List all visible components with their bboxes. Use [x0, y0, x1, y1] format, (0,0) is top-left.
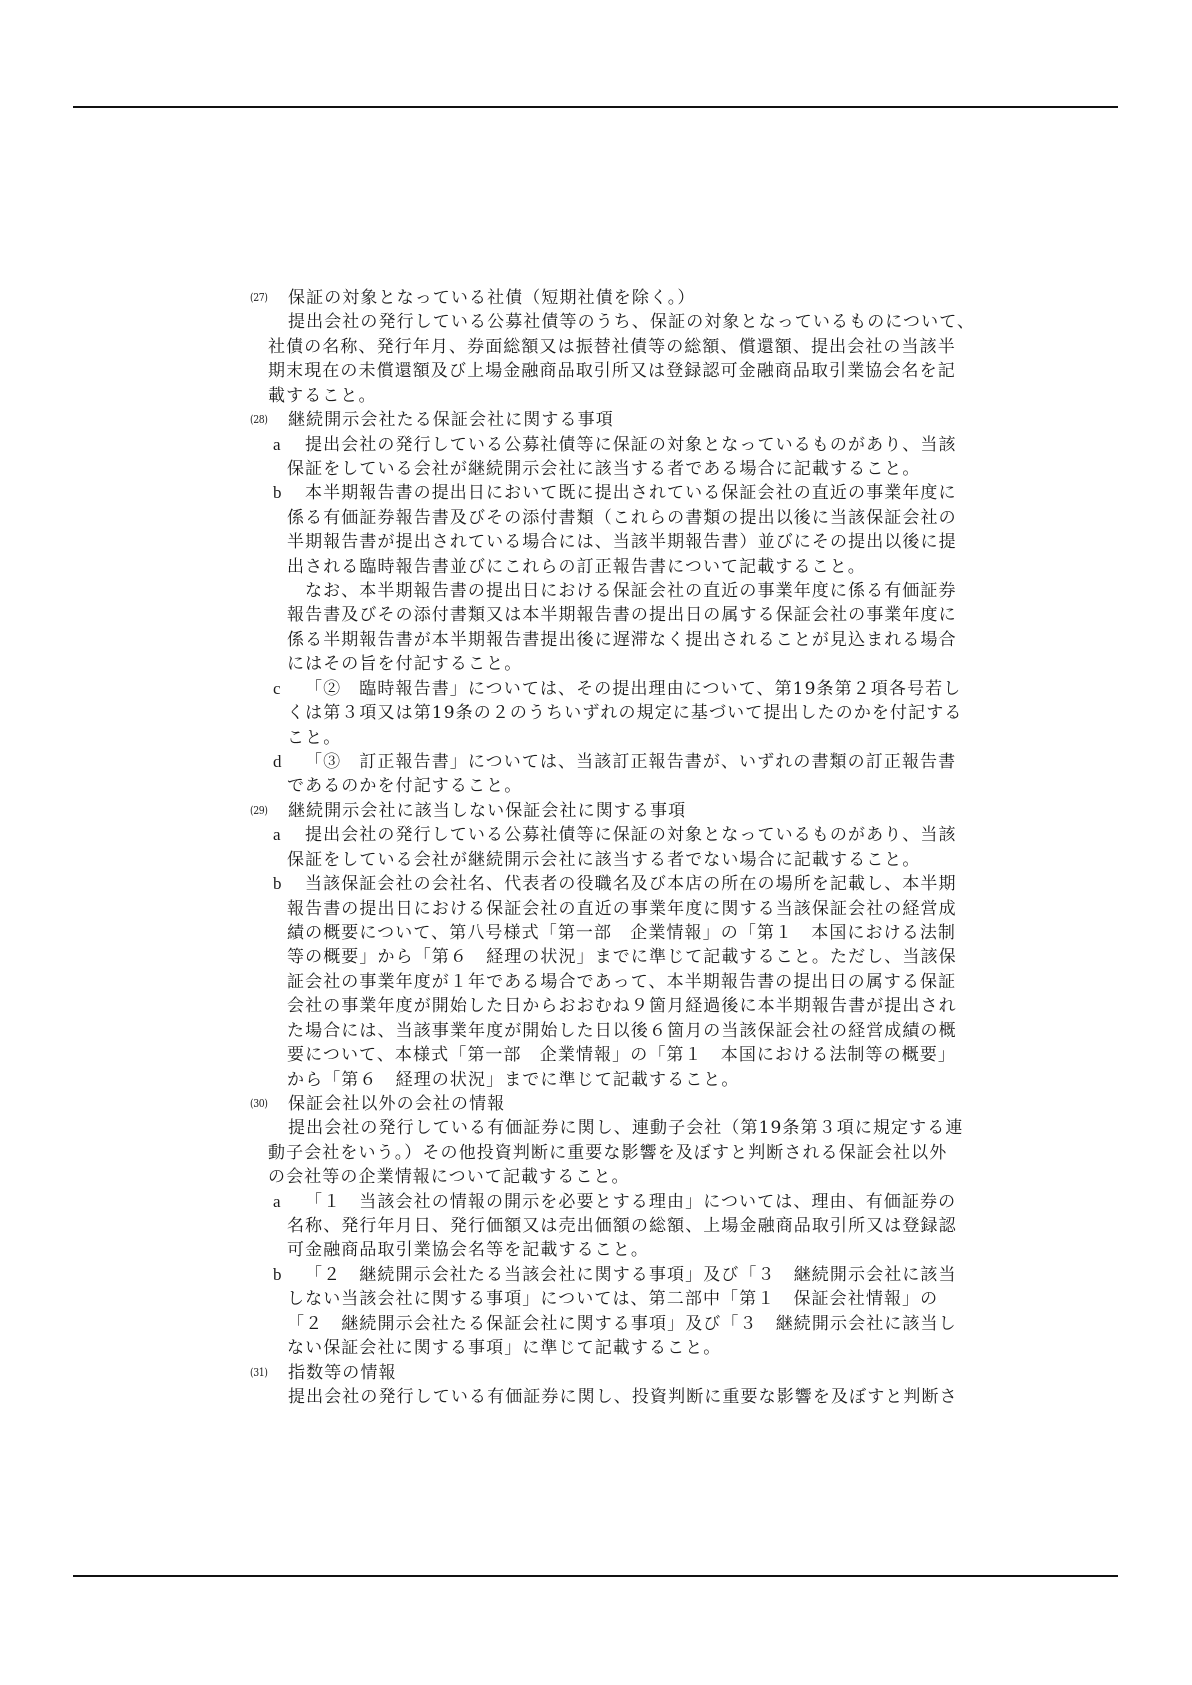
item-label: a	[273, 1190, 282, 1214]
paragraph-line: 提出会社の発行している有価証券に関し、投資判断に重要な影響を及ぼすと判断さ	[250, 1385, 964, 1409]
item-text: 係る有価証券報告書及びその添付書類（これらの書類の提出以後に当該保証会社の	[287, 506, 957, 530]
paragraph-line: 社債の名称、発行年月、券面総額又は振替社債等の総額、償還額、提出会社の当該半	[250, 335, 964, 359]
item-line: しない当該会社に関する事項」については、第二部中「第１ 保証会社情報」の	[250, 1287, 964, 1311]
item-text: 保証をしている会社が継続開示会社に該当する者である場合に記載すること。	[287, 457, 921, 481]
item-line: であるのかを付記すること。	[250, 774, 964, 798]
item-line: 会社の事業年度が開始した日からおおむね９箇月経過後に本半期報告書が提出され	[250, 994, 964, 1018]
section-27: (27) 保証の対象となっている社債（短期社債を除く。） 提出会社の発行している…	[250, 286, 964, 408]
item-text: 「１ 当該会社の情報の開示を必要とする理由」については、理由、有価証券の	[305, 1190, 956, 1214]
item-line: 半期報告書が提出されている場合には、当該半期報告書）並びにその提出以後に提	[250, 530, 964, 554]
item-text: しない当該会社に関する事項」については、第二部中「第１ 保証会社情報」の	[287, 1287, 938, 1311]
paragraph-line: 動子会社をいう。）その他投資判断に重要な影響を及ぼすと判断される保証会社以外	[250, 1141, 964, 1165]
item-line: 係る有価証券報告書及びその添付書類（これらの書類の提出以後に当該保証会社の	[250, 506, 964, 530]
list-item-c: c 「② 臨時報告書」については、その提出理由について、第19条第２項各号若し	[250, 677, 964, 701]
item-text: 「③ 訂正報告書」については、当該訂正報告書が、いずれの書類の訂正報告書	[305, 750, 956, 774]
item-text: こと。	[287, 726, 341, 750]
item-label: b	[273, 1263, 283, 1287]
item-line: 出される臨時報告書並びにこれらの訂正報告書について記載すること。	[250, 555, 964, 579]
item-line: こと。	[250, 726, 964, 750]
list-item-a: a 「１ 当該会社の情報の開示を必要とする理由」については、理由、有価証券の	[250, 1190, 964, 1214]
list-item-b: b 本半期報告書の提出日において既に提出されている保証会社の直近の事業年度に	[250, 481, 964, 505]
item-text: 「２ 継続開示会社たる当該会社に関する事項」及び「３ 継続開示会社に該当	[305, 1263, 957, 1287]
section-28: (28) 継続開示会社たる保証会社に関する事項 a 提出会社の発行している公募社…	[250, 408, 964, 799]
section-title: 保証の対象となっている社債（短期社債を除く。）	[288, 286, 695, 310]
item-line: ない保証会社に関する事項」に準じて記載すること。	[250, 1336, 964, 1360]
item-line: 係る半期報告書が本半期報告書提出後に遅滞なく提出されることが見込まれる場合	[250, 628, 964, 652]
item-text: 半期報告書が提出されている場合には、当該半期報告書）並びにその提出以後に提	[287, 530, 957, 554]
item-text: 可金融商品取引業協会名等を記載すること。	[287, 1238, 649, 1262]
section-30: (30) 保証会社以外の会社の情報 提出会社の発行している有価証券に関し、連動子…	[250, 1092, 964, 1361]
item-line: にはその旨を付記すること。	[250, 652, 964, 676]
section-title: 指数等の情報	[288, 1361, 397, 1385]
item-line: 績の概要について、第八号様式「第一部 企業情報」の「第１ 本国における法制	[250, 921, 964, 945]
section-number: (31)	[250, 1361, 268, 1385]
section-title: 保証会社以外の会社の情報	[288, 1092, 505, 1116]
item-text: 当該保証会社の会社名、代表者の役職名及び本店の所在の場所を記載し、本半期	[305, 872, 957, 896]
item-text: であるのかを付記すること。	[287, 774, 522, 798]
item-text: 「２ 継続開示会社たる保証会社に関する事項」及び「３ 継続開示会社に該当し	[287, 1312, 957, 1336]
item-label: b	[273, 481, 283, 505]
item-text: 提出会社の発行している公募社債等に保証の対象となっているものがあり、当該	[305, 823, 957, 847]
section-number: (27)	[250, 286, 268, 310]
paragraph-line: の会社等の企業情報について記載すること。	[250, 1165, 964, 1189]
section-heading: (31) 指数等の情報	[250, 1361, 964, 1385]
section-number: (29)	[250, 799, 268, 823]
body-text: 提出会社の発行している有価証券に関し、投資判断に重要な影響を及ぼすと判断さ	[288, 1385, 958, 1409]
item-line: 報告書の提出日における保証会社の直近の事業年度に関する当該保証会社の経営成	[250, 897, 964, 921]
body-text: 動子会社をいう。）その他投資判断に重要な影響を及ぼすと判断される保証会社以外	[268, 1141, 947, 1165]
list-item-a: a 提出会社の発行している公募社債等に保証の対象となっているものがあり、当該	[250, 823, 964, 847]
item-text: ない保証会社に関する事項」に準じて記載すること。	[287, 1336, 721, 1360]
item-label: a	[273, 433, 282, 457]
item-label: c	[273, 677, 282, 701]
item-text: 出される臨時報告書並びにこれらの訂正報告書について記載すること。	[287, 555, 866, 579]
item-text: 名称、発行年月日、発行価額又は売出価額の総額、上場金融商品取引所又は登録認	[287, 1214, 957, 1238]
paragraph-line: 提出会社の発行している公募社債等のうち、保証の対象となっているものについて、	[250, 310, 964, 334]
item-line: くは第３項又は第19条の２のうちいずれの規定に基づいて提出したのかを付記する	[250, 701, 964, 725]
section-heading: (28) 継続開示会社たる保証会社に関する事項	[250, 408, 964, 432]
header-rule	[73, 106, 1118, 108]
footer-rule	[73, 1575, 1118, 1577]
item-text: 提出会社の発行している公募社債等に保証の対象となっているものがあり、当該	[305, 433, 957, 457]
section-31: (31) 指数等の情報 提出会社の発行している有価証券に関し、投資判断に重要な影…	[250, 1361, 964, 1410]
item-text: なお、本半期報告書の提出日における保証会社の直近の事業年度に係る有価証券	[305, 579, 957, 603]
item-line: た場合には、当該事業年度が開始した日以後６箇月の当該保証会社の経営成績の概	[250, 1019, 964, 1043]
item-label: b	[273, 872, 283, 896]
item-text: 係る半期報告書が本半期報告書提出後に遅滞なく提出されることが見込まれる場合	[287, 628, 957, 652]
body-text: の会社等の企業情報について記載すること。	[268, 1165, 630, 1189]
section-29: (29) 継続開示会社に該当しない保証会社に関する事項 a 提出会社の発行してい…	[250, 799, 964, 1092]
item-line: 保証をしている会社が継続開示会社に該当する者である場合に記載すること。	[250, 457, 964, 481]
item-text: 本半期報告書の提出日において既に提出されている保証会社の直近の事業年度に	[305, 481, 957, 505]
item-text: 証会社の事業年度が１年である場合であって、本半期報告書の提出日の属する保証	[287, 970, 956, 994]
paragraph-line: 載すること。	[250, 384, 964, 408]
section-number: (30)	[250, 1092, 268, 1116]
section-title: 継続開示会社たる保証会社に関する事項	[288, 408, 614, 432]
list-item-d: d 「③ 訂正報告書」については、当該訂正報告書が、いずれの書類の訂正報告書	[250, 750, 964, 774]
item-line: 名称、発行年月日、発行価額又は売出価額の総額、上場金融商品取引所又は登録認	[250, 1214, 964, 1238]
item-text: た場合には、当該事業年度が開始した日以後６箇月の当該保証会社の経営成績の概	[287, 1019, 957, 1043]
item-text: くは第３項又は第19条の２のうちいずれの規定に基づいて提出したのかを付記する	[287, 701, 962, 725]
item-text: 等の概要」から「第６ 経理の状況」までに準じて記載すること。ただし、当該保	[287, 945, 957, 969]
item-line: 可金融商品取引業協会名等を記載すること。	[250, 1238, 964, 1262]
item-line: 要について、本様式「第一部 企業情報」の「第１ 本国における法制等の概要」	[250, 1043, 964, 1067]
section-title: 継続開示会社に該当しない保証会社に関する事項	[288, 799, 686, 823]
item-text: 報告書及びその添付書類又は本半期報告書の提出日の属する保証会社の事業年度に	[287, 603, 957, 627]
item-text: から「第６ 経理の状況」までに準じて記載すること。	[287, 1068, 740, 1092]
paragraph-line: 期末現在の未償還額及び上場金融商品取引所又は登録認可金融商品取引業協会名を記	[250, 359, 964, 383]
item-line: から「第６ 経理の状況」までに準じて記載すること。	[250, 1068, 964, 1092]
section-number: (28)	[250, 408, 268, 432]
paragraph-line: 提出会社の発行している有価証券に関し、連動子会社（第19条第３項に規定する連	[250, 1116, 964, 1140]
document-body: (27) 保証の対象となっている社債（短期社債を除く。） 提出会社の発行している…	[250, 286, 964, 1409]
body-text: 提出会社の発行している公募社債等のうち、保証の対象となっているものについて、	[288, 310, 975, 334]
list-item-b: b 当該保証会社の会社名、代表者の役職名及び本店の所在の場所を記載し、本半期	[250, 872, 964, 896]
section-heading: (29) 継続開示会社に該当しない保証会社に関する事項	[250, 799, 964, 823]
body-text: 載すること。	[268, 384, 377, 408]
item-text: 要について、本様式「第一部 企業情報」の「第１ 本国における法制等の概要」	[287, 1043, 956, 1067]
item-line: 報告書及びその添付書類又は本半期報告書の提出日の属する保証会社の事業年度に	[250, 603, 964, 627]
item-line: 「２ 継続開示会社たる保証会社に関する事項」及び「３ 継続開示会社に該当し	[250, 1312, 964, 1336]
body-text: 期末現在の未償還額及び上場金融商品取引所又は登録認可金融商品取引業協会名を記	[268, 359, 956, 383]
body-text: 提出会社の発行している有価証券に関し、連動子会社（第19条第３項に規定する連	[288, 1116, 963, 1140]
item-line: 証会社の事業年度が１年である場合であって、本半期報告書の提出日の属する保証	[250, 970, 964, 994]
body-text: 社債の名称、発行年月、券面総額又は振替社債等の総額、償還額、提出会社の当該半	[268, 335, 956, 359]
item-line: 保証をしている会社が継続開示会社に該当する者でない場合に記載すること。	[250, 848, 964, 872]
item-text: 績の概要について、第八号様式「第一部 企業情報」の「第１ 本国における法制	[287, 921, 956, 945]
item-text: 「② 臨時報告書」については、その提出理由について、第19条第２項各号若し	[305, 677, 961, 701]
item-line: なお、本半期報告書の提出日における保証会社の直近の事業年度に係る有価証券	[250, 579, 964, 603]
item-text: 報告書の提出日における保証会社の直近の事業年度に関する当該保証会社の経営成	[287, 897, 957, 921]
item-label: d	[273, 750, 283, 774]
section-heading: (30) 保証会社以外の会社の情報	[250, 1092, 964, 1116]
item-text: にはその旨を付記すること。	[287, 652, 522, 676]
section-heading: (27) 保証の対象となっている社債（短期社債を除く。）	[250, 286, 964, 310]
list-item-b: b 「２ 継続開示会社たる当該会社に関する事項」及び「３ 継続開示会社に該当	[250, 1263, 964, 1287]
item-text: 保証をしている会社が継続開示会社に該当する者でない場合に記載すること。	[287, 848, 921, 872]
item-label: a	[273, 823, 282, 847]
list-item-a: a 提出会社の発行している公募社債等に保証の対象となっているものがあり、当該	[250, 433, 964, 457]
item-text: 会社の事業年度が開始した日からおおむね９箇月経過後に本半期報告書が提出され	[287, 994, 957, 1018]
item-line: 等の概要」から「第６ 経理の状況」までに準じて記載すること。ただし、当該保	[250, 945, 964, 969]
